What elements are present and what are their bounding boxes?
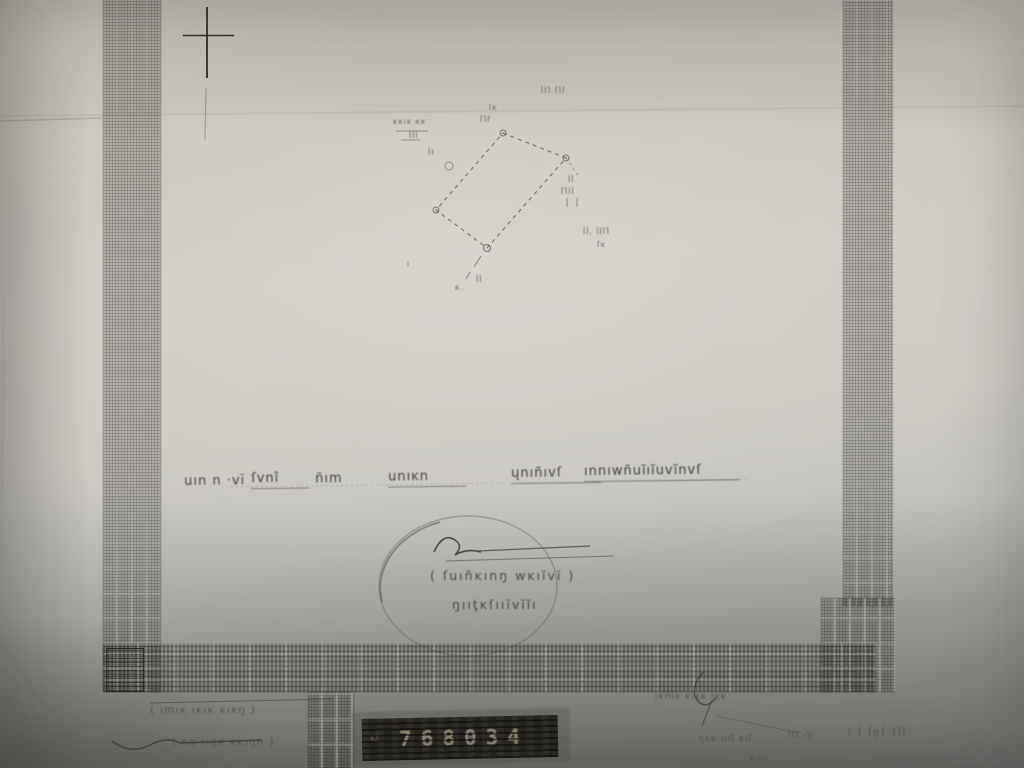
sketch-label: ſĸ xyxy=(597,240,606,249)
serial-prefix: ĸĭ xyxy=(370,733,379,744)
bottom-right-line1: ıĸñĭĸ ĸıĸĸ ıĸĸ xyxy=(655,692,727,702)
bottom-left-line2: ( ĸŋ ııŋĸ ĸĸıŋn ) xyxy=(172,737,275,748)
border-stamp-strip-left xyxy=(103,0,161,692)
official-seal xyxy=(379,516,557,656)
bottom-right-line2: ŋĸĸ ıııĭ ĸıĩ xyxy=(698,734,752,744)
bottom-right-num1: ĭΊĭ.ıΊĭ xyxy=(820,684,845,693)
fill-line-segment: ınnıwñuĩıĩuvĩnvſ xyxy=(584,462,739,482)
sketch-label: ĩĸ xyxy=(489,103,497,112)
border-stamp-strip-right xyxy=(843,0,893,606)
border-corner-box xyxy=(106,648,144,692)
bottom-left-line1: ( ımıĸ ıĸıĸ ĸıĸŋ ) xyxy=(150,705,256,716)
sketch-label: ı xyxy=(407,259,410,268)
bottom-right-date: ĭ İ ĬŋĬ ΊĬİ xyxy=(848,727,907,738)
fill-line-segment: ſvnî xyxy=(251,470,309,489)
sketch-label: ĬΊſ xyxy=(480,115,491,124)
sketch-label: ĬĬİ xyxy=(409,131,419,140)
sketch-label: ĬĬ xyxy=(568,175,574,184)
sketch-label: Ĭŀ xyxy=(428,148,435,157)
seal-name-line: ( ſuıñĸınŋ wĸıĭvĭ ) xyxy=(430,568,575,583)
bottom-right-num2: ĭΊΊ.ıΊĭ xyxy=(788,731,814,740)
sketch-label: ĬĬ xyxy=(476,275,482,284)
fill-line-segment: ųnıñıvſ xyxy=(511,465,601,484)
photographed-land-deed: ĬİΊ ĬΊſ ĩĸ ĬΊſ ĸĸıĸ ĸĸ ĬĬİ Ĭŀ ĬĬ ĬΊİĬ ĬĬ… xyxy=(0,0,1024,768)
fill-line-segment: uın n ·vĭ xyxy=(184,473,245,489)
border-stamp-strip-bottom xyxy=(103,644,875,692)
fill-line-leaders xyxy=(226,479,748,487)
sketch-label: ĸ. xyxy=(455,283,464,292)
signature xyxy=(434,538,614,561)
fill-line-segment: unıĸn xyxy=(388,469,466,488)
sketch-label: ĬİΊ ĬΊſ xyxy=(541,86,566,95)
sketch-label: ĸĸıĸ ĸĸ xyxy=(393,117,426,126)
serial-number-stamp: ĸĭ 768034 xyxy=(362,715,559,761)
sketch-label: ĬΊİĬ xyxy=(561,187,575,196)
north-cross-mark xyxy=(183,7,234,140)
seal-dept-line: ŋııţĸſııĭvĭĩı xyxy=(452,597,538,612)
plot-sketch-outline xyxy=(396,130,580,279)
fill-line-segment: ñım xyxy=(315,471,343,486)
bottom-right-line3: ĸıĭŋ xyxy=(750,753,768,762)
border-stamp-column-bottom-center xyxy=(308,692,354,768)
sketch-label: ĬĬ, ĬİİΊ xyxy=(583,227,610,236)
serial-digits: 768034 xyxy=(391,725,529,752)
